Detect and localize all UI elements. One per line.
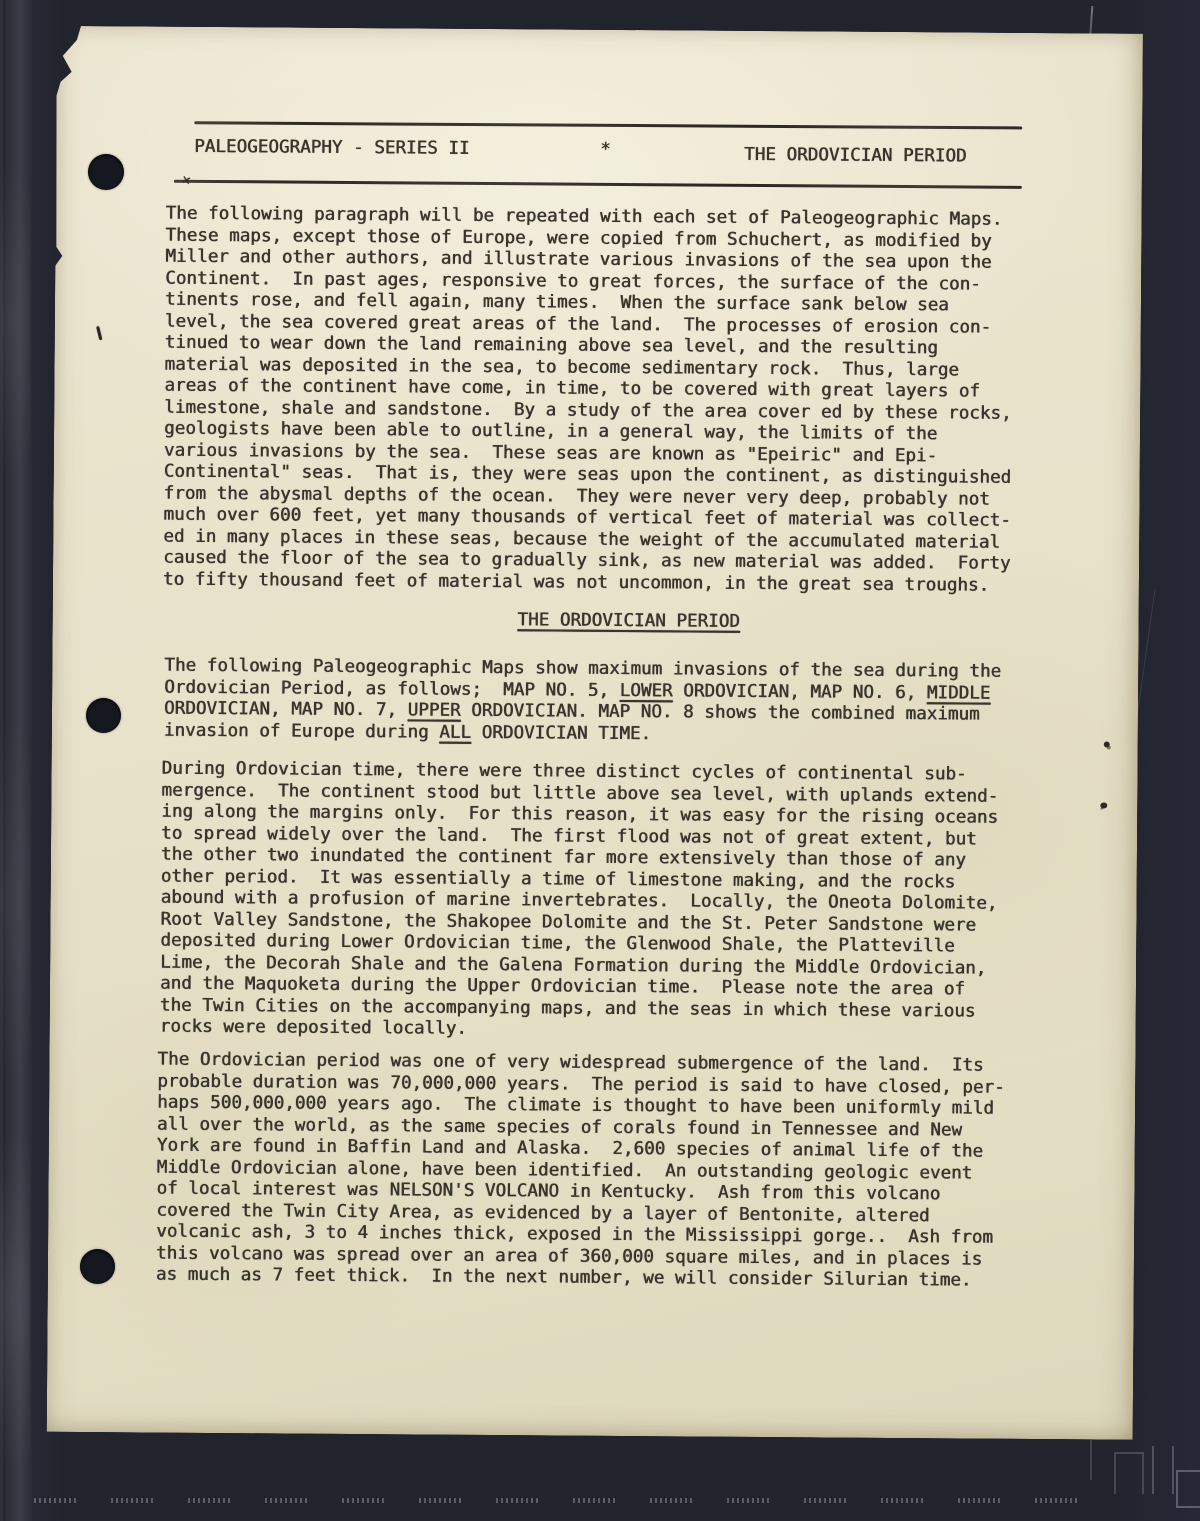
punch-hole (86, 698, 121, 733)
header-rule-bottom: × (174, 180, 1022, 189)
punch-hole (88, 154, 124, 190)
header-asterisk: * (600, 140, 611, 162)
scanner-corner-mark (1152, 1446, 1174, 1494)
document-page: PALEOGEOGRAPHY - SERIES II * THE ORDOVIC… (47, 26, 1143, 1440)
header-rule-top (194, 121, 1022, 129)
submergence-paragraph: During Ordovician time, there were three… (160, 759, 999, 1045)
scan-background: PALEOGEOGRAPHY - SERIES II * THE ORDOVIC… (0, 0, 1200, 1521)
ink-mark (96, 326, 102, 340)
page-header: PALEOGEOGRAPHY - SERIES II * THE ORDOVIC… (194, 137, 1024, 167)
film-edge-dashes (34, 1498, 1144, 1504)
scratch-mark (1138, 591, 1156, 710)
ink-speck (1100, 802, 1107, 808)
binder-spine (0, 0, 30, 1521)
pen-scribble: × (180, 170, 193, 190)
scanner-corner-mark (1090, 1440, 1092, 1480)
header-period-title: THE ORDOVICIAN PERIOD (744, 145, 967, 168)
scanner-corner-mark (1176, 1470, 1200, 1508)
intro-paragraph: The following paragraph will be repeated… (163, 204, 1013, 597)
maps-paragraph: The following Paleogeographic Maps show … (164, 656, 1001, 748)
section-heading: THE ORDOVICIAN PERIOD (163, 608, 1023, 636)
punch-hole (80, 1249, 115, 1284)
ink-speck (1104, 742, 1110, 748)
header-series-title: PALEOGEOGRAPHY - SERIES II (194, 137, 470, 161)
scanner-corner-mark (1114, 1452, 1144, 1494)
closing-paragraph: The Ordovician period was one of very wi… (156, 1050, 1005, 1293)
